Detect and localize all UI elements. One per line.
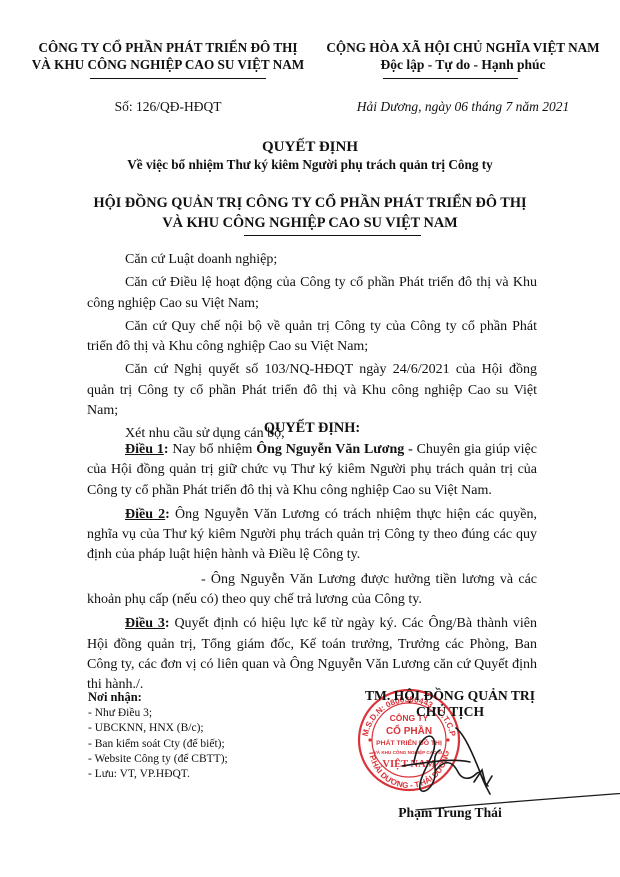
signer-name: Phạm Trung Thái xyxy=(330,805,570,821)
basis-1: Căn cứ Luật doanh nghiệp; xyxy=(87,250,537,270)
national-motto-underline xyxy=(383,78,518,79)
article-2: Điều 2: Ông Nguyễn Văn Lương có trách nh… xyxy=(87,505,537,566)
basis-3: Căn cứ Quy chế nội bộ về quản trị Công t… xyxy=(87,317,537,358)
article-2-label: Điều 2 xyxy=(125,507,165,522)
article-1: Điều 1: Nay bổ nhiệm Ông Nguyễn Văn Lươn… xyxy=(87,440,537,501)
document-title: QUYẾT ĐỊNH xyxy=(0,139,620,156)
issuing-body-line2: VÀ KHU CÔNG NGHIỆP CAO SU VIỆT NAM xyxy=(0,213,620,233)
basis-2: Căn cứ Điều lệ hoạt động của Công ty cổ … xyxy=(87,273,537,314)
document-number: Số: 126/QĐ-HĐQT xyxy=(28,99,308,115)
article-2-extra: - Ông Nguyễn Văn Lương được hưởng tiền l… xyxy=(87,570,537,611)
issuing-body-underline xyxy=(244,235,421,236)
national-title-header: CỘNG HÒA XÃ HỘI CHỦ NGHĨA VIỆT NAM Độc l… xyxy=(318,39,608,73)
article-3-label: Điều 3 xyxy=(125,616,165,631)
company-name-line1: CÔNG TY CỔ PHẦN PHÁT TRIỂN ĐÔ THỊ xyxy=(28,39,308,56)
national-motto: Độc lập - Tự do - Hạnh phúc xyxy=(318,56,608,73)
company-name-underline xyxy=(90,78,266,79)
basis-4: Căn cứ Nghị quyết số 103/NQ-HĐQT ngày 24… xyxy=(87,360,537,421)
recipients-title: Nơi nhận: xyxy=(88,689,328,706)
article-1-label: Điều 1 xyxy=(125,442,164,457)
national-title: CỘNG HÒA XÃ HỘI CHỦ NGHĨA VIỆT NAM xyxy=(318,39,608,56)
company-name-line2: VÀ KHU CÔNG NGHIỆP CAO SU VIỆT NAM xyxy=(28,56,308,73)
recipient-item: - Website Công ty (để CBTT); xyxy=(88,752,328,767)
recipient-item: - UBCKNN, HNX (B/c); xyxy=(88,721,328,736)
appointee-name: Ông Nguyễn Văn Lương - xyxy=(256,442,413,457)
recipient-item: - Ban kiểm soát Cty (để biết); xyxy=(88,737,328,752)
issuing-body-line1: HỘI ĐỒNG QUẢN TRỊ CÔNG TY CỔ PHẦN PHÁT T… xyxy=(0,193,620,213)
recipients: Nơi nhận: - Như Điều 3; - UBCKNN, HNX (B… xyxy=(88,689,328,782)
recipient-item: - Như Điều 3; xyxy=(88,706,328,721)
issuing-body: HỘI ĐỒNG QUẢN TRỊ CÔNG TY CỔ PHẦN PHÁT T… xyxy=(0,193,620,233)
recipient-item: - Lưu: VT, VP.HĐQT. xyxy=(88,767,328,782)
place-and-date: Hải Dương, ngày 06 tháng 7 năm 2021 xyxy=(318,99,608,115)
articles: Điều 1: Nay bổ nhiệm Ông Nguyễn Văn Lươn… xyxy=(87,440,537,696)
legal-bases: Căn cứ Luật doanh nghiệp; Căn cứ Điều lệ… xyxy=(87,250,537,445)
handwritten-signature-icon xyxy=(400,700,620,810)
company-name-header: CÔNG TY CỔ PHẦN PHÁT TRIỂN ĐÔ THỊ VÀ KHU… xyxy=(28,39,308,73)
decision-heading: QUYẾT ĐỊNH: xyxy=(87,420,537,437)
article-3: Điều 3: Quyết định có hiệu lực kể từ ngà… xyxy=(87,614,537,695)
document-subject: Về việc bổ nhiệm Thư ký kiêm Người phụ t… xyxy=(0,157,620,173)
article-1-pre: Nay bổ nhiệm xyxy=(169,442,257,457)
